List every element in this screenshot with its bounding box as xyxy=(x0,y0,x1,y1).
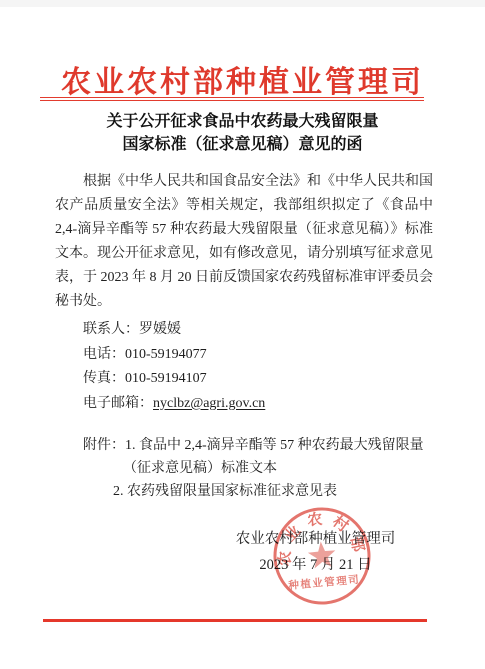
attachment-item1-line2: （征求意见稿）标准文本 xyxy=(55,457,445,480)
document-title: 关于公开征求食品中农药最大残留限量 国家标准（征求意见稿）意见的函 xyxy=(0,110,485,156)
contact-row-email: 电子邮箱：nyclbz@agri.gov.cn xyxy=(55,392,433,417)
contact-fax-value: 010-59194107 xyxy=(125,371,207,386)
contact-block: 联系人：罗媛媛 电话：010-59194077 传真：010-59194107 … xyxy=(55,318,433,416)
contact-row-phone: 电话：010-59194077 xyxy=(55,343,433,368)
attachment-block: 附件：1. 食品中 2,4-滴异辛酯等 57 种农药最大残留限量 （征求意见稿）… xyxy=(55,434,445,503)
document-title-line1: 关于公开征求食品中农药最大残留限量 xyxy=(0,110,485,133)
contact-person-label: 联系人： xyxy=(83,322,139,337)
signature-date: 2023 年 7 月 21 日 xyxy=(228,552,403,578)
contact-email-label: 电子邮箱： xyxy=(83,396,153,411)
signature-block: 农业农村部种植业管理司 2023 年 7 月 21 日 xyxy=(228,526,403,578)
contact-phone-label: 电话： xyxy=(83,347,125,362)
signature-department: 农业农村部种植业管理司 xyxy=(228,526,403,552)
contact-phone-value: 010-59194077 xyxy=(125,347,207,362)
contact-email-link[interactable]: nyclbz@agri.gov.cn xyxy=(153,396,265,411)
scan-edge-strip xyxy=(0,0,485,7)
attachment-item1-line1: 附件：1. 食品中 2,4-滴异辛酯等 57 种农药最大残留限量 xyxy=(55,434,445,457)
contact-row-fax: 传真：010-59194107 xyxy=(55,367,433,392)
document-title-line2: 国家标准（征求意见稿）意见的函 xyxy=(0,133,485,156)
contact-row-person: 联系人：罗媛媛 xyxy=(55,318,433,343)
contact-fax-label: 传真： xyxy=(83,371,125,386)
attachment-item2: 2. 农药残留限量国家标准征求意见表 xyxy=(55,480,445,503)
letterhead-org-title: 农业农村部种植业管理司 xyxy=(0,57,485,101)
footer-divider xyxy=(43,619,427,622)
document-page: 农业农村部种植业管理司 关于公开征求食品中农药最大残留限量 国家标准（征求意见稿… xyxy=(0,0,485,669)
body-paragraph: 根据《中华人民共和国食品安全法》和《中华人民共和国农产品质量安全法》等相关规定，… xyxy=(55,170,433,314)
contact-person-value: 罗媛媛 xyxy=(139,322,181,337)
letterhead-divider xyxy=(40,97,424,101)
